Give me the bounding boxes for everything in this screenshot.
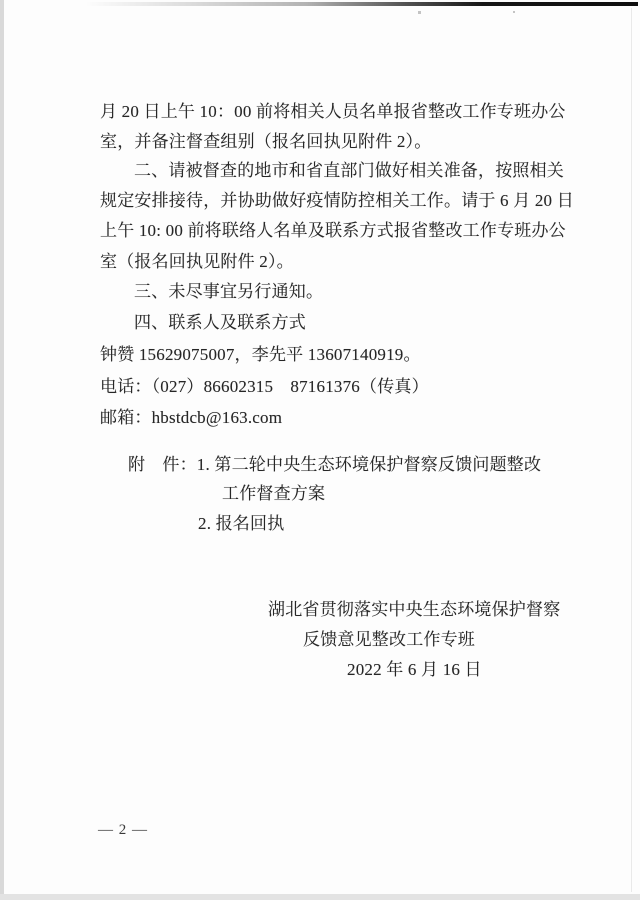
attachment-line: 2. 报名回执 [198,509,284,539]
attachment-line: 附 件：1. 第二轮中央生态环境保护督察反馈问题整改 [128,450,541,480]
body-text-line: 月 20 日上午 10：00 前将相关人员名单报省整改工作专班办公 [100,97,566,127]
attachment-line: 工作督查方案 [222,479,325,509]
body-text-line: 二、请被督查的地市和省直部门做好相关准备，按照相关 [134,156,564,186]
scan-speck [418,11,421,14]
page-number: — 2 — [98,815,148,845]
contact-names-line: 钟赞 15629075007，李先平 13607140919。 [100,340,421,370]
body-text-line: 四、联系人及联系方式 [134,308,306,338]
signature-org-line: 反馈意见整改工作专班 [303,625,475,655]
body-text-line: 室（报名回执见附件 2）。 [100,247,294,277]
scan-artifact-top-line [85,2,638,6]
signature-org-line: 湖北省贯彻落实中央生态环境保护督察 [268,595,560,625]
body-text-line: 室，并备注督查组别（报名回执见附件 2）。 [100,127,431,157]
contact-phone-line: 电话：（027）86602315 87161376（传真） [100,372,429,402]
page-left-edge [0,0,4,900]
body-text-line: 三、未尽事宜另行通知。 [134,277,323,307]
scan-artifact-right-line [631,8,632,892]
scan-speck [513,11,515,13]
body-text-line: 上午 10: 00 前将联络人名单及联系方式报省整改工作专班办公 [100,216,566,246]
signature-date: 2022 年 6 月 16 日 [347,655,482,685]
page-bottom-edge [0,894,640,900]
contact-email-line: 邮箱：hbstdcb@163.com [100,403,282,433]
body-text-line: 规定安排接待，并协助做好疫情防控相关工作。请于 6 月 20 日 [100,186,574,216]
